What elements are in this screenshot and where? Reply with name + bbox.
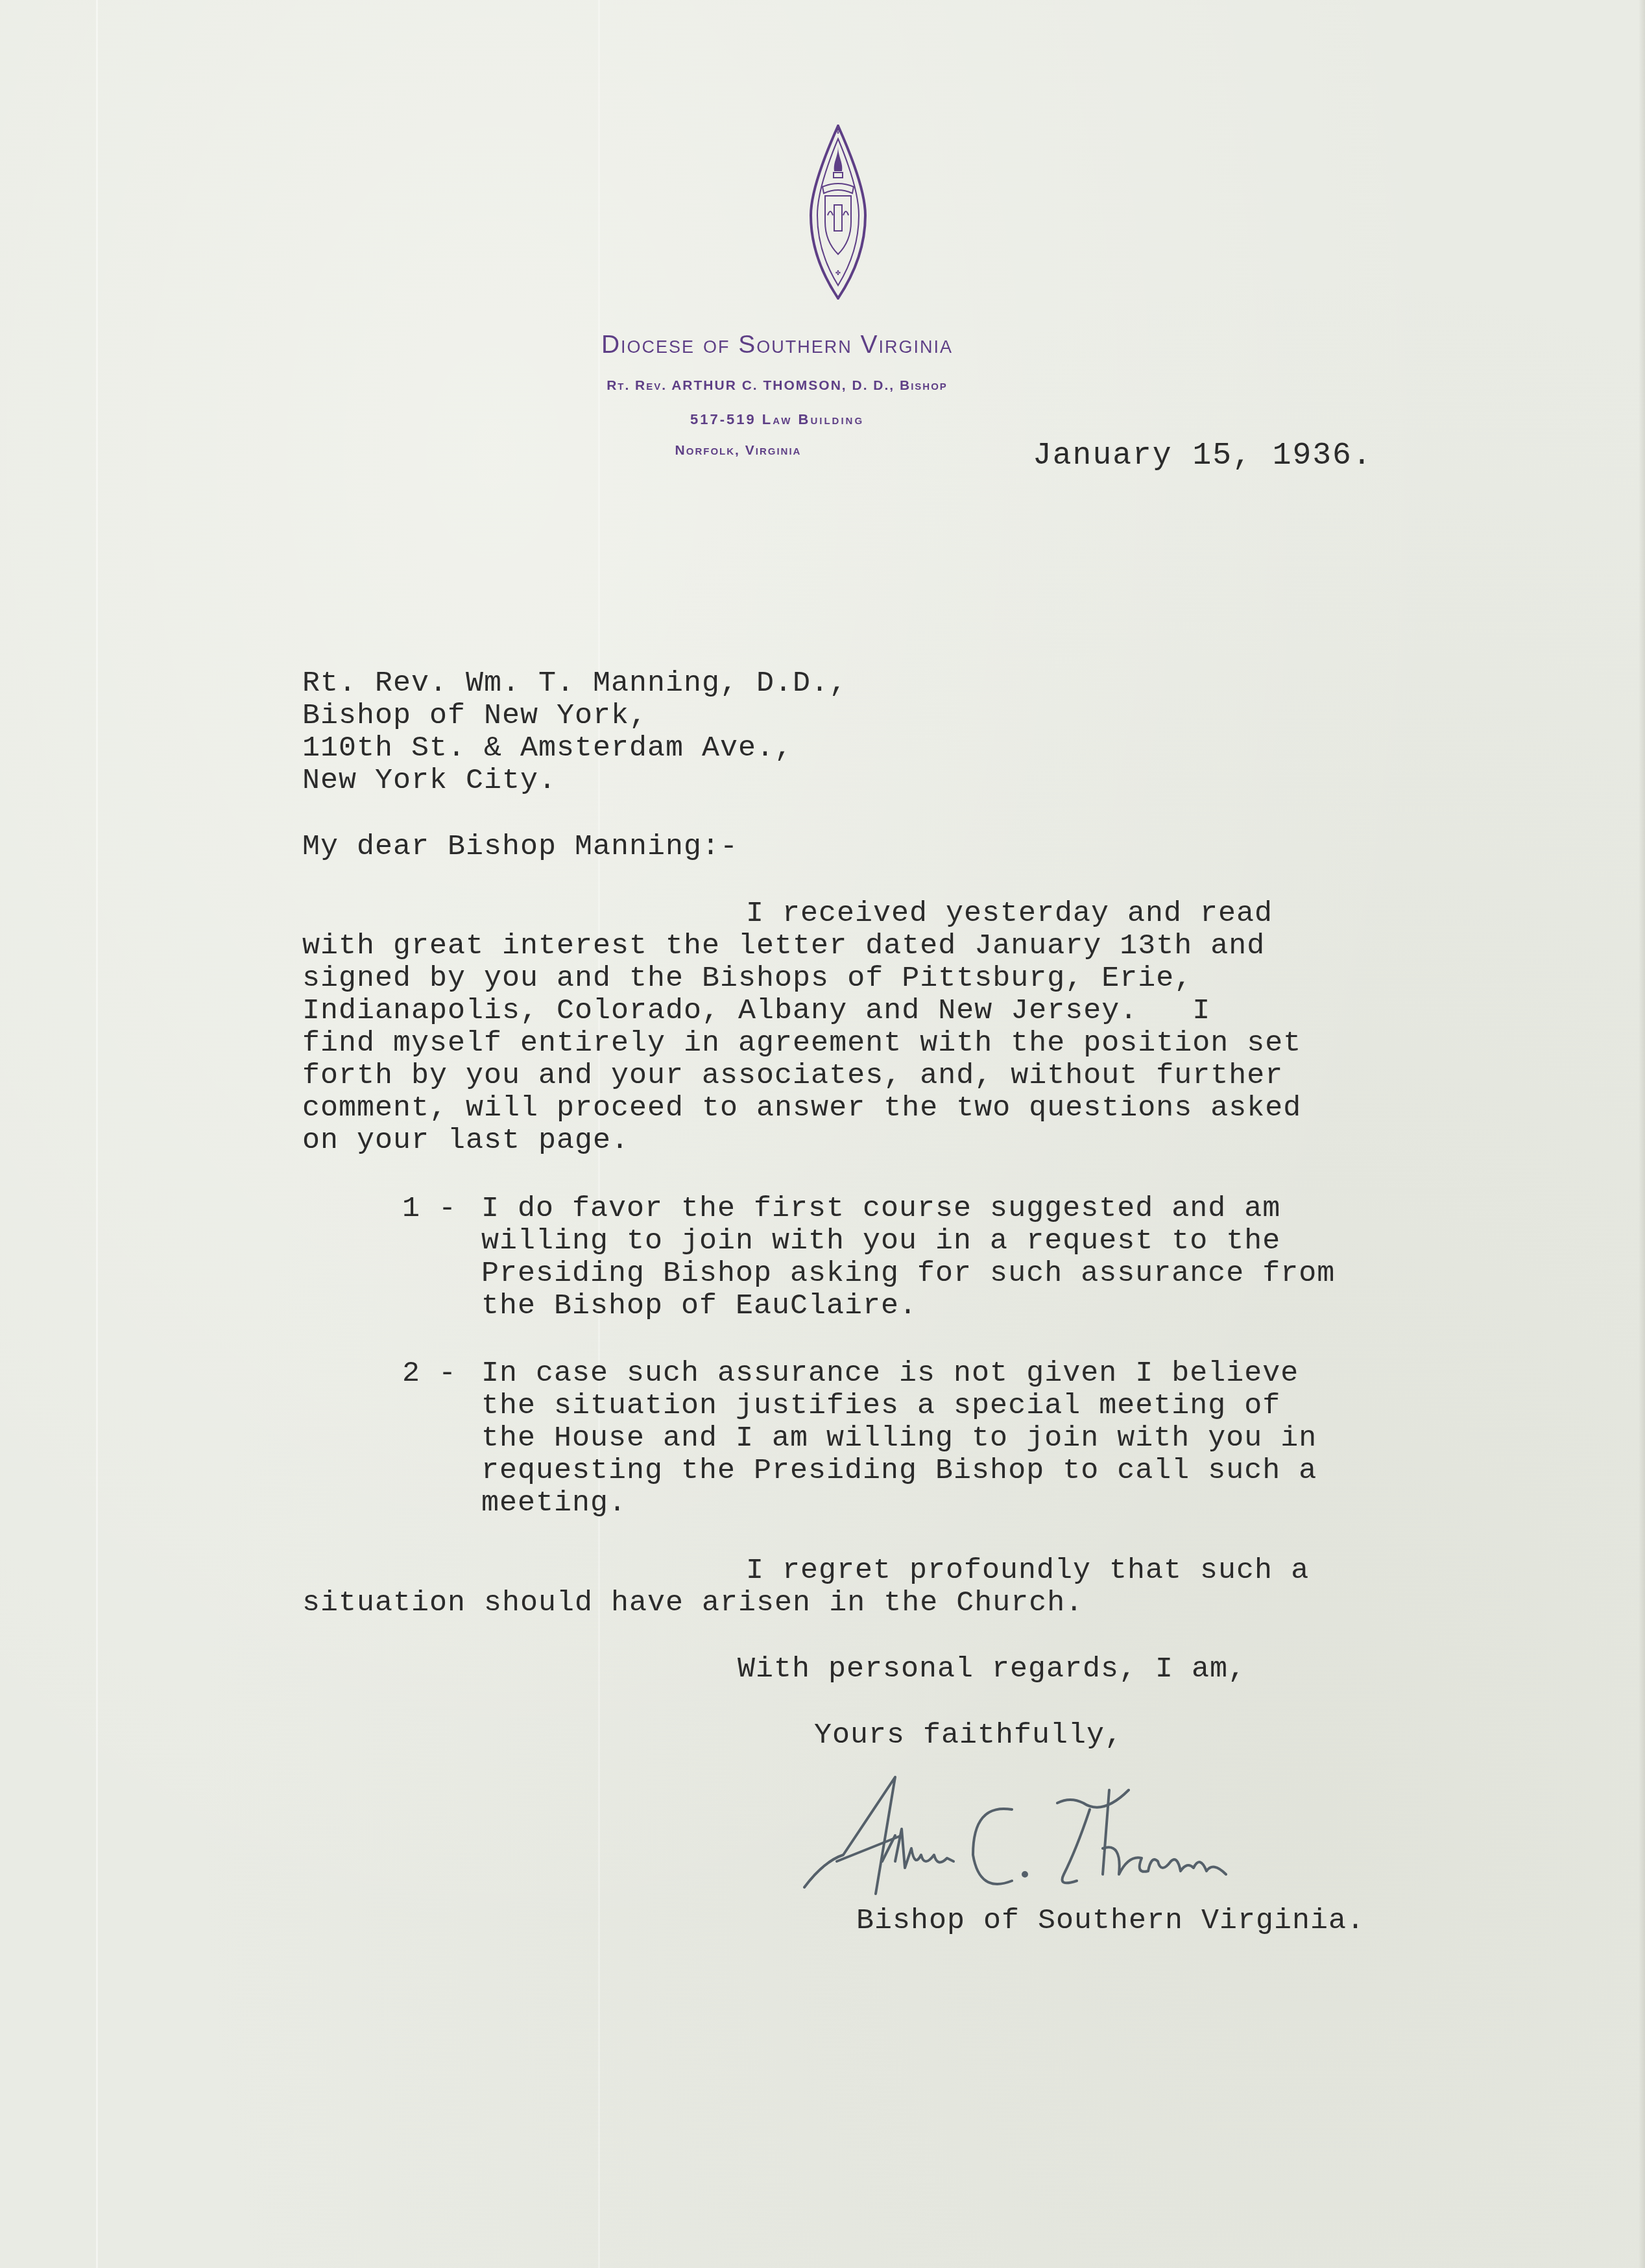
- paragraph-line: I regret profoundly that such a: [746, 1554, 1309, 1587]
- answer-line: willing to join with you in a request to…: [481, 1224, 1280, 1258]
- address-line: Rt. Rev. Wm. T. Manning, D.D.,: [302, 667, 847, 700]
- paragraph-line: comment, will proceed to answer the two …: [302, 1092, 1301, 1125]
- paragraph-line: I received yesterday and read: [746, 897, 1273, 930]
- answer-line: requesting the Presiding Bishop to call …: [481, 1454, 1317, 1487]
- answer-line: meeting.: [481, 1486, 627, 1520]
- closing-valediction: Yours faithfully,: [814, 1719, 1123, 1752]
- paragraph-line: forth by you and your associates, and, w…: [302, 1059, 1283, 1092]
- paper-edge-shadow: [1639, 0, 1645, 2268]
- answer-line: the House and I am willing to join with …: [481, 1422, 1317, 1455]
- paragraph-line: situation should have arisen in the Chur…: [302, 1586, 1083, 1619]
- answer-line: Presiding Bishop asking for such assuran…: [481, 1257, 1335, 1290]
- closing-regards: With personal regards, I am,: [738, 1653, 1246, 1686]
- answer-number: 2 -: [402, 1357, 457, 1390]
- letter-date: January 15, 1936.: [1033, 438, 1373, 473]
- address-line: Bishop of New York,: [302, 699, 647, 732]
- paragraph-line: Indianapolis, Colorado, Albany and New J…: [302, 994, 1210, 1027]
- paragraph-line: find myself entirely in agreement with t…: [302, 1027, 1301, 1060]
- address-line: 110th St. & Amsterdam Ave.,: [302, 732, 793, 765]
- answer-line: I do favor the first course suggested an…: [481, 1192, 1280, 1225]
- address-line: New York City.: [302, 764, 557, 797]
- letterhead-bishop-name: Rt. Rev. ARTHUR C. THOMSON, D. D., Bisho…: [0, 378, 1600, 394]
- paragraph-line: signed by you and the Bishops of Pittsbu…: [302, 962, 1192, 995]
- handwritten-signature: [798, 1764, 1459, 1907]
- salutation: My dear Bishop Manning:-: [302, 830, 738, 863]
- signatory-title: Bishop of Southern Virginia.: [856, 1904, 1365, 1937]
- answer-line: the Bishop of EauClaire.: [481, 1289, 917, 1322]
- answer-line: the situation justifies a special meetin…: [481, 1389, 1280, 1422]
- letterhead-title: Diocese of Southern Virginia: [0, 331, 1600, 359]
- letterhead-building: 517-519 Law Building: [0, 411, 1600, 428]
- paragraph-line: with great interest the letter dated Jan…: [302, 929, 1265, 962]
- paragraph-line: on your last page.: [302, 1124, 629, 1157]
- svg-text:✤: ✤: [835, 270, 841, 277]
- answer-line: In case such assurance is not given I be…: [481, 1357, 1299, 1390]
- answer-number: 1 -: [402, 1192, 457, 1225]
- svg-text:✤: ✤: [835, 128, 841, 136]
- diocesan-seal-icon: ✤ ✤: [810, 125, 867, 300]
